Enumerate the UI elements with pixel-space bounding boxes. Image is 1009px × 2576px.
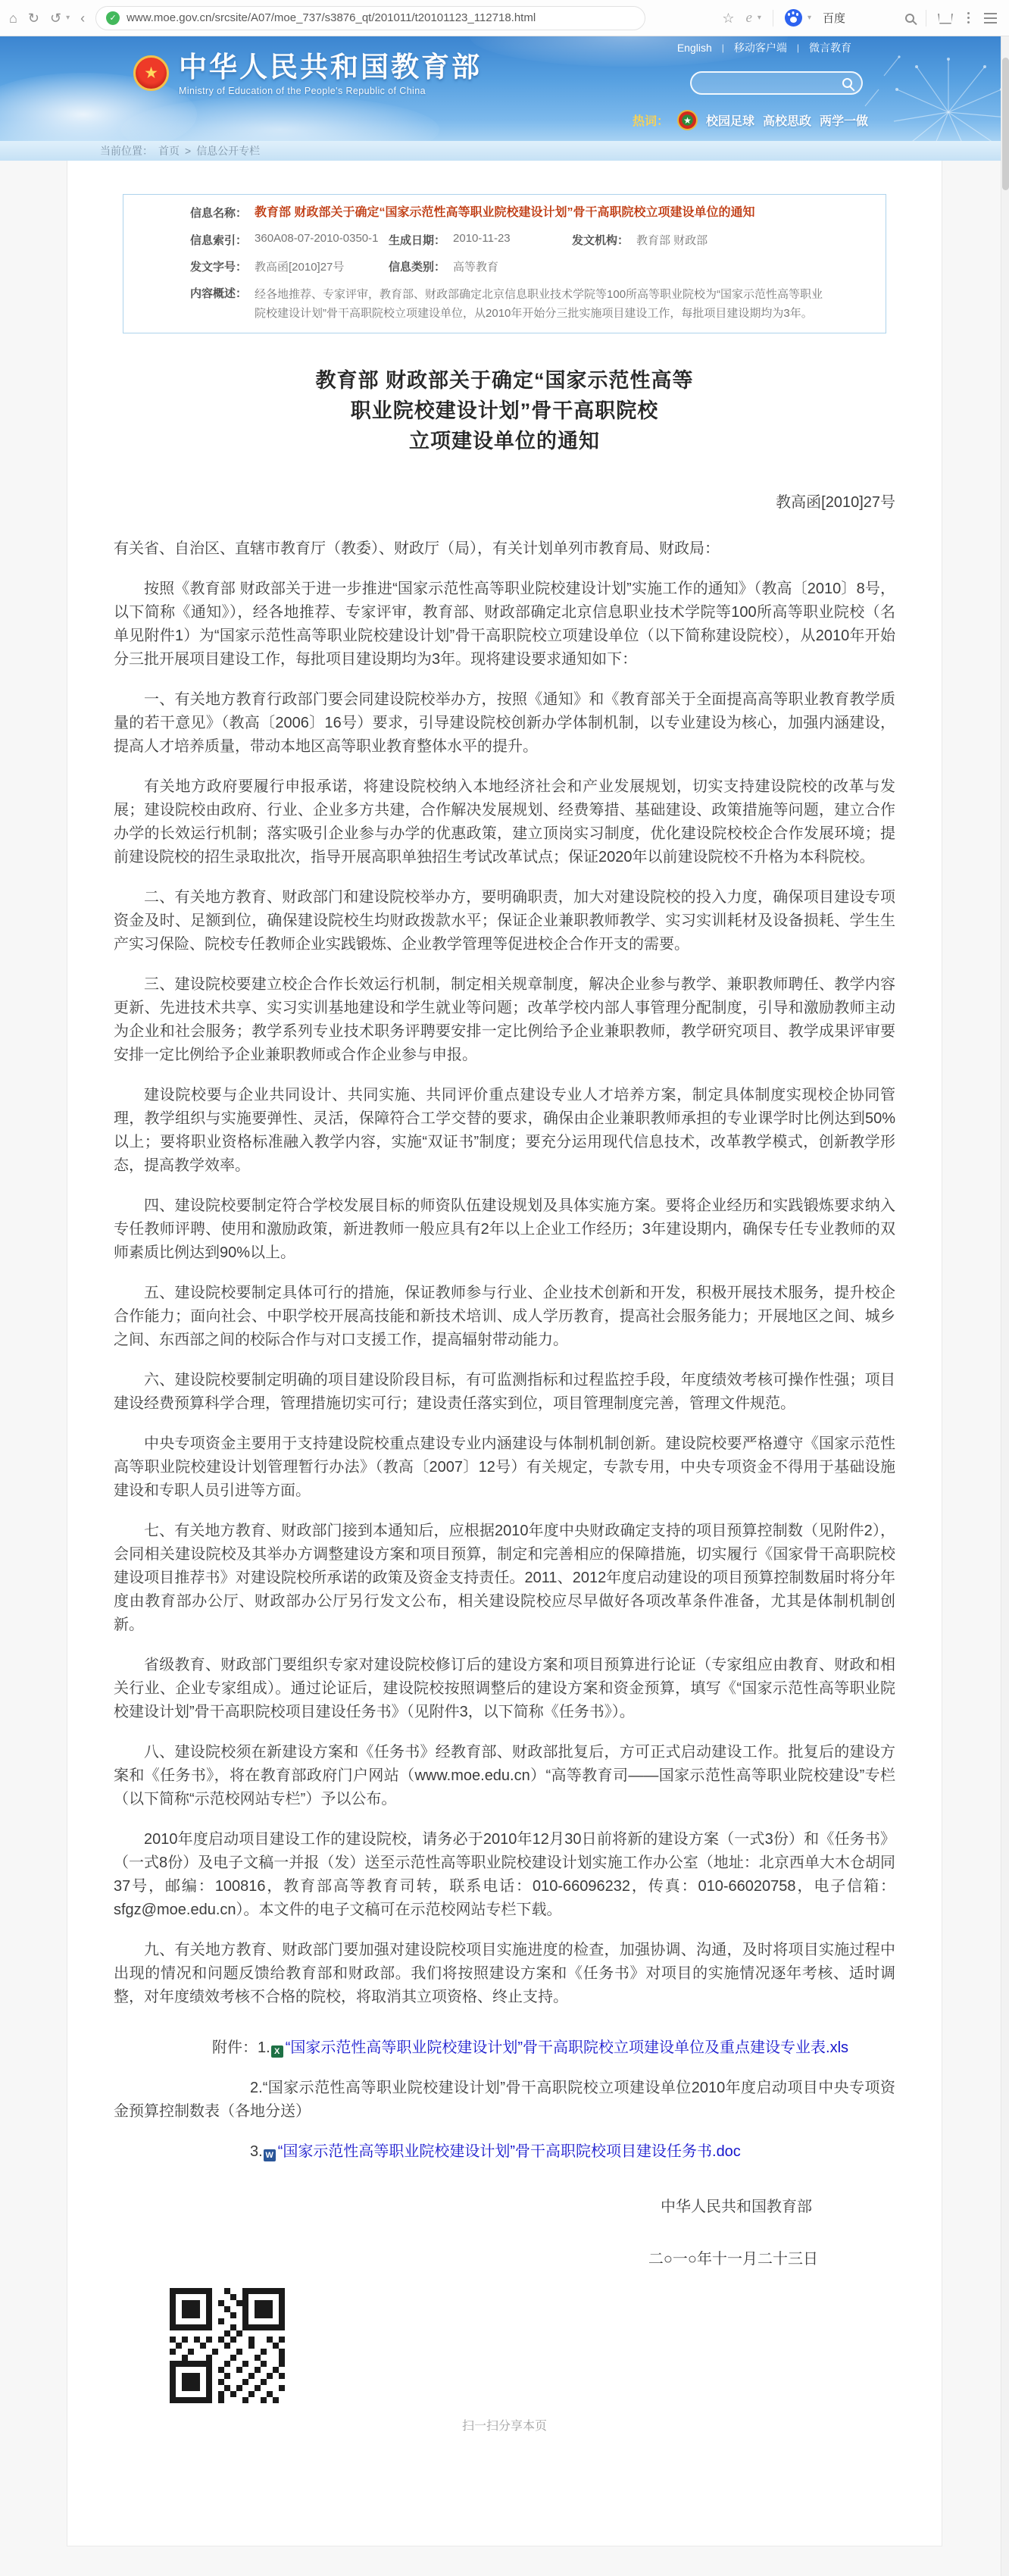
meta-date-value: 2010-11-23 [453, 232, 511, 248]
breadcrumb: 当前位置： 首页 > 信息公开专栏 [0, 141, 1009, 161]
hot-words-label: 热词： [633, 111, 669, 129]
hot-link-two-studies[interactable]: 两学一做 [820, 111, 868, 129]
attachments-label: 附件： [212, 2039, 258, 2056]
english-link[interactable]: English [677, 42, 712, 54]
signature-org: 中华人民共和国教育部 [114, 2194, 895, 2216]
meta-pair-date: 生成日期： 2010-11-23 [389, 232, 572, 248]
national-emblem-icon: ★ [133, 55, 169, 91]
site-search-input[interactable] [690, 71, 863, 95]
header-top-links: English | 移动客户端 | 微言教育 [677, 40, 851, 55]
history-dropdown-caret-icon[interactable]: ▾ [66, 14, 70, 22]
qr-code-image [170, 2288, 285, 2403]
attachment-3-link[interactable]: “国家示范性高等职业院校建设计划”骨干高职院校项目建设任务书.doc [278, 2143, 741, 2160]
toolbar-search-icon[interactable] [905, 14, 914, 23]
meta-row-docnum: 发文字号： 教高函[2010]27号 信息类别： 高等教育 [123, 253, 886, 280]
site-header: English | 移动客户端 | 微言教育 ★ 中华人民共和国教育部 Mini… [0, 36, 1009, 141]
hot-words-row: 热词： ★ 校园足球 高校思政 两学一做 [633, 110, 868, 130]
signature-date: 二○一○年十一月二十三日 [114, 2246, 895, 2268]
refresh-icon[interactable]: ↻ [28, 11, 39, 25]
paragraph-item-3: 三、建设院校要建立校企合作长效运行机制，制定相关规章制度，解决企业参与教学、兼职… [114, 973, 895, 1067]
paragraph-salutation: 有关省、自治区、直辖市教育厅（教委）、财政厅（局），有关计划单列市教育局、财政局… [114, 537, 895, 561]
paragraph-item-1: 一、有关地方教育行政部门要会同建设院校举办方，按照《通知》和《教育部关于全面提高… [114, 688, 895, 759]
menu-icon[interactable] [984, 17, 997, 19]
meta-row-index: 信息索引： 360A08-07-2010-0350-1 生成日期： 2010-1… [123, 227, 886, 253]
security-shield-icon: ✓ [106, 11, 120, 25]
address-bar[interactable]: ✓ www.moe.gov.cn/srcsite/A07/moe_737/s38… [95, 6, 645, 30]
meta-org-label: 发文机构： [572, 232, 629, 248]
compatibility-mode-icon[interactable]: e [745, 10, 751, 27]
meta-pair-index: 信息索引： 360A08-07-2010-0350-1 [190, 232, 389, 248]
attachment-line-3: 3.W“国家示范性高等职业院校建设计划”骨干高职院校项目建设任务书.doc [114, 2140, 895, 2164]
bookmark-star-icon[interactable]: ☆ [722, 11, 734, 25]
campus-football-logo-icon: ★ [677, 110, 698, 130]
attachment-1-link[interactable]: “国家示范性高等职业院校建设计划”骨干高职院校立项建设单位及重点建设专业表.xl… [286, 2039, 848, 2056]
meta-index-value: 360A08-07-2010-0350-1 [255, 232, 378, 248]
meta-category-value: 高等教育 [453, 258, 498, 274]
meta-pair-org: 发文机构： 教育部 财政部 [572, 232, 708, 248]
paragraph-item-6: 六、建设院校要制定明确的项目建设阶段目标，有可监测指标和过程监控手段，年度绩效考… [114, 1369, 895, 1416]
toolbar-divider [926, 10, 926, 27]
breadcrumb-separator: > [185, 145, 191, 157]
share-qr-code [170, 2288, 285, 2407]
compatibility-caret-icon[interactable]: ▾ [758, 14, 761, 22]
attachment-3-number: 3. [250, 2143, 263, 2160]
breadcrumb-current-link[interactable]: 信息公开专栏 [196, 143, 260, 158]
paragraph-item-2: 二、有关地方教育、财政部门和建设院校举办方，要明确职责，加大对建设院校的投入力度… [114, 886, 895, 956]
clouds-decoration [121, 95, 439, 141]
meta-row-name: 信息名称： 教育部 财政部关于确定“国家示范性高等职业院校建设计划”骨干高职院校… [123, 199, 886, 227]
browser-toolbar: ⌂ ↻ ↺ ▾ ‹ ✓ www.moe.gov.cn/srcsite/A07/m… [0, 0, 1009, 36]
breadcrumb-label: 当前位置： [100, 143, 153, 158]
document-body: 教育部 财政部关于确定“国家示范性高等 职业院校建设计划”骨干高职院校 立项建设… [114, 365, 895, 2434]
site-subtitle: Ministry of Education of the People's Re… [179, 86, 482, 96]
home-icon[interactable]: ⌂ [9, 11, 17, 25]
paragraph: 按照《教育部 财政部关于进一步推进“国家示范性高等职业院校建设计划”实施工作的通… [114, 577, 895, 671]
excel-file-icon: X [271, 2045, 283, 2058]
qr-caption: 扫一扫分享本页 [114, 2416, 895, 2434]
meta-summary-label: 内容概述： [190, 285, 247, 301]
link-separator: | [722, 42, 724, 53]
meta-date-label: 生成日期： [389, 232, 445, 248]
document-meta-table: 信息名称： 教育部 财政部关于确定“国家示范性高等职业院校建设计划”骨干高职院校… [123, 194, 886, 333]
hot-link-college-ideology[interactable]: 高校思政 [763, 111, 811, 129]
paragraph-item-5: 五、建设院校要制定具体可行的措施，保证教师参与行业、企业技术创新和开发，积极开展… [114, 1282, 895, 1352]
scrollbar-thumb[interactable] [1002, 58, 1009, 190]
document-number: 教高函[2010]27号 [114, 490, 895, 512]
weiyan-education-link[interactable]: 微言教育 [809, 40, 851, 55]
attachment-1-number: 1. [258, 2039, 270, 2056]
site-title: 中华人民共和国教育部 [179, 52, 482, 83]
back-icon[interactable]: ‹ [80, 11, 85, 25]
attachment-line-1: 附件：1.X“国家示范性高等职业院校建设计划”骨干高职院校立项建设单位及重点建设… [114, 2036, 895, 2060]
paragraph: 2010年度启动项目建设工作的建设院校，请务必于2010年12月30日前将新的建… [114, 1828, 895, 1922]
meta-pair-category: 信息类别： 高等教育 [389, 258, 498, 274]
hot-link-campus-football[interactable]: 校园足球 [706, 111, 754, 129]
scrollbar-track[interactable] [1001, 36, 1009, 2576]
link-separator: | [797, 42, 799, 53]
paragraph-item-4: 四、建设院校要制定符合学校发展目标的师资队伍建设规划及具体实施方案。要将企业经历… [114, 1194, 895, 1265]
paragraph-item-7: 七、有关地方教育、财政部门接到本通知后，应根据2010年度中央财政确定支持的项目… [114, 1520, 895, 1637]
more-options-icon[interactable] [967, 17, 970, 19]
meta-summary-value: 经各地推荐、专家评审，教育部、财政部确定北京信息职业技术学院等100所高等职业院… [255, 285, 886, 323]
page-url[interactable]: www.moe.gov.cn/srcsite/A07/moe_737/s3876… [127, 11, 536, 24]
site-brand: ★ 中华人民共和国教育部 Ministry of Education of th… [133, 52, 482, 96]
paragraph: 省级教育、财政部门要组织专家对建设院校修订后的建设方案和项目预算进行论证（专家组… [114, 1654, 895, 1724]
meta-category-label: 信息类别： [389, 258, 445, 274]
mobile-client-link[interactable]: 移动客户端 [734, 40, 787, 55]
meta-docnum-label: 发文字号： [190, 258, 247, 274]
engine-dropdown-caret-icon[interactable]: ▾ [808, 14, 811, 22]
meta-docnum-value: 教高函[2010]27号 [255, 258, 344, 274]
toolbar-divider [773, 10, 773, 27]
meta-index-label: 信息索引： [190, 232, 247, 248]
shopping-cart-icon[interactable] [938, 14, 953, 24]
attachment-2-number: 2. [250, 2080, 263, 2096]
paragraph: 有关地方政府要履行申报承诺，将建设院校纳入本地经济社会和产业发展规划，切实支持建… [114, 775, 895, 869]
word-file-icon: W [264, 2149, 276, 2161]
document-sheet: 信息名称： 教育部 财政部关于确定“国家示范性高等职业院校建设计划”骨干高职院校… [67, 161, 942, 2546]
meta-name-label: 信息名称： [190, 205, 247, 221]
paragraph: 建设院校要与企业共同设计、共同实施、共同评价重点建设专业人才培养方案，制定具体制… [114, 1084, 895, 1178]
breadcrumb-home-link[interactable]: 首页 [158, 143, 180, 158]
search-engine-label[interactable]: 百度 [823, 10, 845, 26]
attachment-2-text: “国家示范性高等职业院校建设计划”骨干高职院校立项建设单位2010年度启动项目中… [114, 2080, 895, 2120]
history-back-icon[interactable]: ↺ [50, 11, 61, 25]
document-title: 教育部 财政部关于确定“国家示范性高等 职业院校建设计划”骨干高职院校 立项建设… [114, 365, 895, 456]
search-icon[interactable] [842, 78, 852, 88]
meta-org-value: 教育部 财政部 [636, 232, 708, 248]
baidu-engine-icon[interactable] [785, 9, 802, 27]
browser-controls: ☆ e ▾ ▾ 百度 [722, 9, 1000, 27]
meta-pair-docnum: 发文字号： 教高函[2010]27号 [190, 258, 389, 274]
meta-row-summary: 内容概述： 经各地推荐、专家评审，教育部、财政部确定北京信息职业技术学院等100… [123, 280, 886, 328]
meta-name-value: 教育部 财政部关于确定“国家示范性高等职业院校建设计划”骨干高职院校立项建设单位… [255, 205, 800, 221]
paragraph-item-8: 八、建设院校须在新建设方案和《任务书》经教育部、财政部批复后，方可正式启动建设工… [114, 1741, 895, 1811]
attachment-line-2: 2.“国家示范性高等职业院校建设计划”骨干高职院校立项建设单位2010年度启动项… [114, 2077, 895, 2124]
paragraph: 中央专项资金主要用于支持建设院校重点建设专业内涵建设与体制机制创新。建设院校要严… [114, 1432, 895, 1503]
dandelion-decoration [857, 53, 1009, 141]
paragraph-item-9: 九、有关地方教育、财政部门要加强对建设院校项目实施进度的检查，加强协调、沟通，及… [114, 1939, 895, 2009]
